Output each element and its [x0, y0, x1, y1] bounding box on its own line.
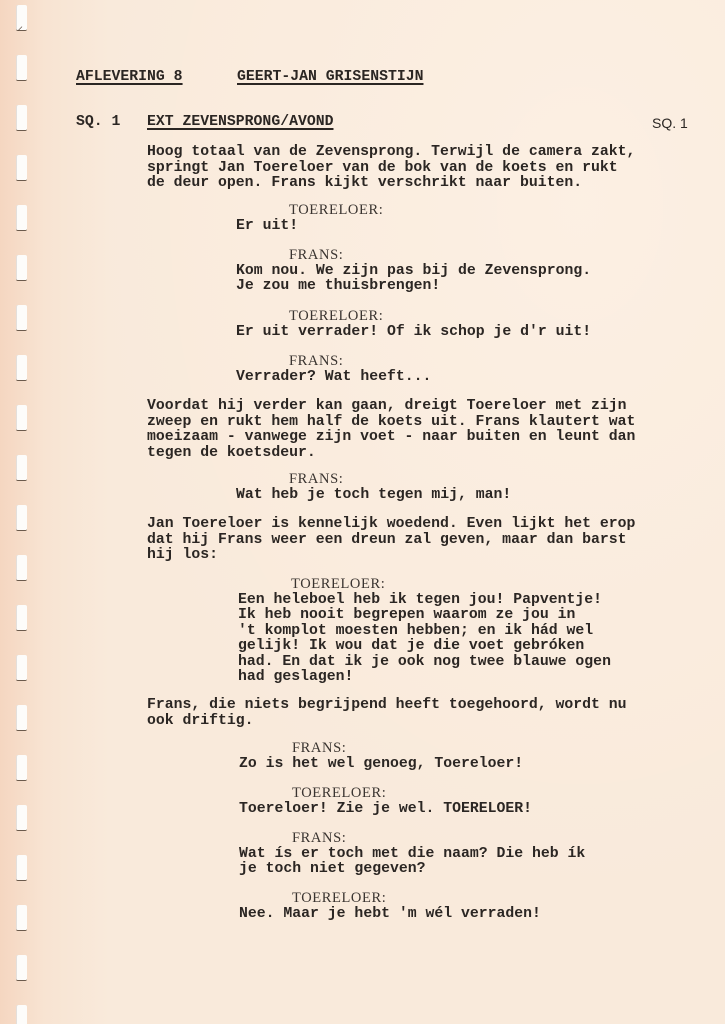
dialogue-line: gelijk! Ik wou dat je die voet gebróken — [238, 639, 584, 655]
action-line: ook driftig. — [147, 714, 254, 730]
pen-mark: ⸍ — [17, 22, 23, 39]
action-line: zweep en rukt hem half de koets uit. Fra… — [147, 415, 635, 431]
dialogue-line: Nee. Maar je hebt 'm wél verraden! — [239, 907, 541, 923]
dialogue-line: had. En dat ik je ook nog twee blauwe og… — [238, 655, 611, 671]
action-line: Jan Toereloer is kennelijk woedend. Even… — [147, 517, 635, 533]
dialogue-line: Toereloer! Zie je wel. TOERELOER! — [239, 802, 532, 818]
action-line: springt Jan Toereloer van de bok van de … — [147, 161, 618, 177]
character-name: TOERELOER: — [289, 309, 383, 325]
dialogue-line: Zo is het wel genoeg, Toereloer! — [239, 757, 523, 773]
dialogue-line: had geslagen! — [238, 670, 353, 686]
dialogue-line: Er uit verrader! Of ik schop je d'r uit! — [236, 325, 591, 341]
scene-number-right: SQ. 1 — [652, 116, 688, 132]
action-line: moeizaam - vanwege zijn voet - naar buit… — [147, 430, 635, 446]
scene-number-left: SQ. 1 — [76, 115, 120, 131]
dialogue-line: Kom nou. We zijn pas bij de Zevensprong. — [236, 264, 591, 280]
action-line: dat hij Frans weer een dreun zal geven, … — [147, 533, 627, 549]
character-name: TOERELOER: — [292, 891, 386, 907]
character-name: FRANS: — [289, 354, 343, 370]
dialogue-line: 't komplot moesten hebben; en ik hád wel — [238, 624, 593, 640]
character-name: FRANS: — [292, 831, 346, 847]
action-line: Frans, die niets begrijpend heeft toegeh… — [147, 698, 627, 714]
action-line: Voordat hij verder kan gaan, dreigt Toer… — [147, 399, 627, 415]
dialogue-line: Wat heb je toch tegen mij, man! — [236, 488, 511, 504]
action-line: hij los: — [147, 548, 218, 564]
dialogue-line: Verrader? Wat heeft... — [236, 370, 431, 386]
action-line: Hoog totaal van de Zevensprong. Terwijl … — [147, 145, 635, 161]
action-line: de deur open. Frans kijkt verschrikt naa… — [147, 176, 582, 192]
episode-title: AFLEVERING 8 — [76, 70, 183, 86]
character-name: TOERELOER: — [292, 786, 386, 802]
dialogue-line: Een heleboel heb ik tegen jou! Papventje… — [238, 593, 602, 609]
scene-heading: EXT ZEVENSPRONG/AVOND — [147, 115, 333, 131]
dialogue-line: Ik heb nooit begrepen waarom ze jou in — [238, 608, 575, 624]
character-name: TOERELOER: — [291, 577, 385, 593]
character-name: FRANS: — [289, 248, 343, 264]
character-name: TOERELOER: — [289, 203, 383, 219]
author-name: GEERT-JAN GRISENSTIJN — [237, 70, 423, 86]
dialogue-line: Wat ís er toch met die naam? Die heb ík — [239, 847, 585, 863]
dialogue-line: Je zou me thuisbrengen! — [236, 279, 440, 295]
character-name: FRANS: — [289, 472, 343, 488]
script-page: ⸍ AFLEVERING 8 GEERT-JAN GRISENSTIJN SQ.… — [0, 0, 725, 1024]
dialogue-line: Er uit! — [236, 219, 298, 235]
dialogue-line: je toch niet gegeven? — [239, 862, 425, 878]
action-line: tegen de koetsdeur. — [147, 446, 316, 462]
character-name: FRANS: — [292, 741, 346, 757]
